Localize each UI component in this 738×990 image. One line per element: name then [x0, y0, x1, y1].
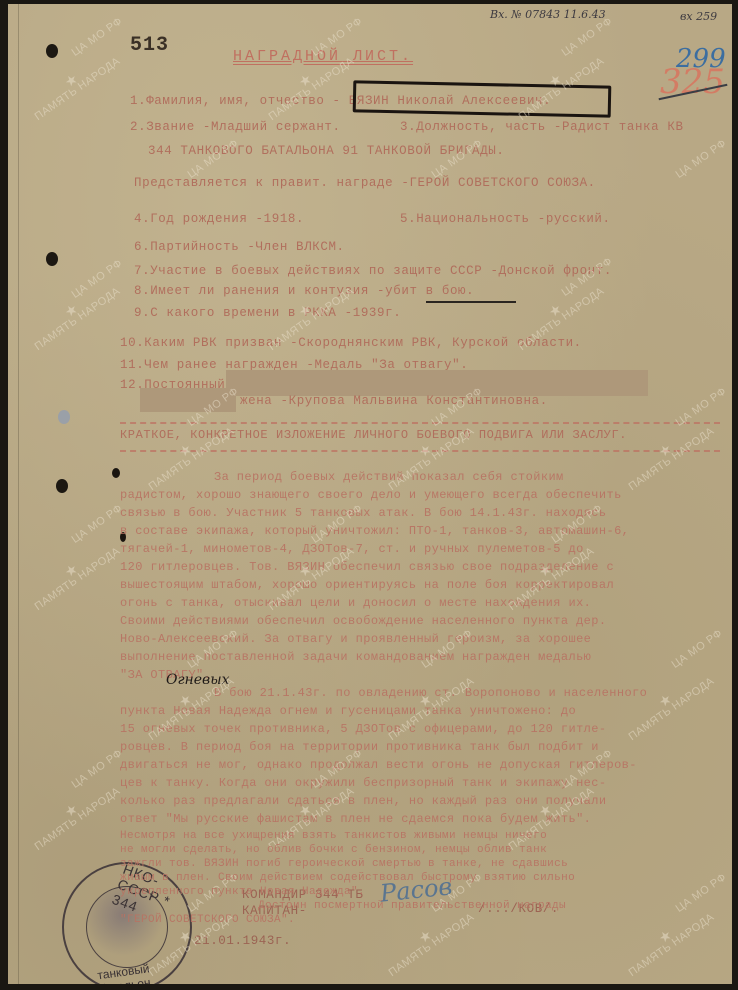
star-icon: ★: [621, 903, 710, 970]
field-label: 4.Год рождения -: [134, 212, 264, 226]
star-icon: ★: [27, 537, 116, 604]
watermark-pamyat-naroda: ★ПАМЯТЬ НАРОДА: [621, 667, 717, 743]
narrative-line: укрепленного пункта Новая Надежда".: [120, 886, 365, 898]
watermark-pamyat-naroda: ★ПАМЯТЬ НАРОДА: [381, 903, 477, 979]
watermark-pamyat-naroda: ★ПАМЯТЬ НАРОДА: [621, 417, 717, 493]
punch-hole: [56, 479, 68, 493]
narrative-line: "ГЕРОЙ СОВЕТСКОГО СОЮЗА".: [120, 914, 295, 926]
narrative-line: Ново-Алексеевский. За отвагу и проявленн…: [120, 632, 591, 646]
page-number: 299: [676, 44, 726, 74]
watermark-pamyat-naroda: ★ПАМЯТЬ НАРОДА: [27, 537, 123, 613]
handwritten-registration: Вх. № 07843 11.6.43: [490, 8, 606, 21]
field-service-since: 9.С какого времени в РККА -1939г.: [134, 306, 401, 320]
punch-hole: [58, 410, 70, 424]
field-value: 1939г.: [353, 306, 402, 320]
field-family: жена -Крупова Мальвина Константиновна.: [240, 394, 548, 408]
field-label: 5.Национальность -: [400, 212, 546, 226]
field-position: 3.Должность, часть -Радист танка КВ: [400, 120, 684, 134]
watermark-tsamo: ЦА МО РФ: [674, 138, 729, 181]
field-combat-participation: 7.Участие в боевых действиях по защите С…: [134, 264, 612, 278]
field-label: 7.Участие в боевых действиях по защите С…: [134, 264, 499, 278]
narrative-line: колько раз предлагали сдаться в плен, но…: [120, 794, 606, 808]
field-value: 1918.: [264, 212, 305, 226]
star-icon: ★: [511, 277, 600, 344]
field-value: Младший сержант.: [211, 120, 341, 134]
handwritten-underline: [426, 301, 516, 303]
narrative-line: двигаться не мог, однако продолжал вести…: [120, 758, 637, 772]
narrative-line: радистом, хорошо знающего своего дело и …: [120, 488, 622, 502]
watermark-tsamo: ЦА МО РФ: [70, 16, 125, 59]
star-icon: ★: [27, 277, 116, 344]
redacted-area: [226, 370, 648, 396]
narrative-line: Своими действиями обеспечил освобождение…: [120, 614, 606, 628]
punch-hole: [46, 252, 58, 266]
narrative-line: цев к танку. Когда они окружили беспризо…: [120, 776, 606, 790]
field-birth-year: 4.Год рождения -1918.: [134, 212, 304, 226]
watermark-tsamo: ЦА МО РФ: [670, 628, 725, 671]
narrative-line: Достоин посмертной правительственной наг…: [258, 900, 566, 912]
field-nationality: 5.Национальность -русский.: [400, 212, 611, 226]
handwritten-incoming-number: вх 259: [680, 10, 717, 23]
ink-blot: [112, 468, 120, 478]
field-label: Представляется к правит. награде -: [134, 176, 409, 190]
watermark-pamyat-naroda: ★ПАМЯТЬ НАРОДА: [621, 903, 717, 979]
punch-hole: [46, 44, 58, 58]
field-label: 3.Должность, часть -: [400, 120, 562, 134]
field-value: русский.: [546, 212, 611, 226]
field-value: Радист танка КВ: [562, 120, 684, 134]
archive-number: 513: [130, 34, 169, 57]
field-label: 6.Партийность -: [134, 240, 256, 254]
field-party: 6.Партийность -Член ВЛКСМ.: [134, 240, 345, 254]
narrative-line: зажгли тов. ВЯЗИН погиб героической смер…: [120, 858, 568, 870]
star-icon: ★: [27, 47, 116, 114]
field-wounds: 8.Имеет ли ранения и контузия -убит в бо…: [134, 284, 474, 298]
star-icon: ★: [27, 777, 116, 844]
narrative-line: не могли сделать, но облив бочки с бензи…: [120, 844, 547, 856]
field-label: 2.Звание -: [130, 120, 211, 134]
watermark-tsamo: ЦА МО РФ: [70, 503, 125, 546]
narrative-line: Несмотря на все ухищрения взять танкисто…: [120, 830, 547, 842]
field-nomination: Представляется к правит. награде -ГЕРОЙ …: [134, 176, 596, 190]
field-value: Член ВЛКСМ.: [256, 240, 345, 254]
star-icon: ★: [621, 667, 710, 734]
award-sheet-page: 513 НАГРАДНОЙ ЛИСТ. Вх. № 07843 11.6.43 …: [8, 4, 732, 984]
dashed-rule: [120, 422, 720, 424]
margin-line: [18, 4, 19, 984]
star-icon: ★: [381, 903, 470, 970]
field-value: убит в бою.: [385, 284, 474, 298]
narrative-line: 15 огневых точек противника, 5 ДЗОТов с …: [120, 722, 606, 736]
narrative-line: живым в плен. Своим действием содействов…: [120, 872, 575, 884]
watermark-pamyat-naroda: ★ПАМЯТЬ НАРОДА: [27, 47, 123, 123]
field-rank: 2.Звание -Младший сержант.: [130, 120, 341, 134]
